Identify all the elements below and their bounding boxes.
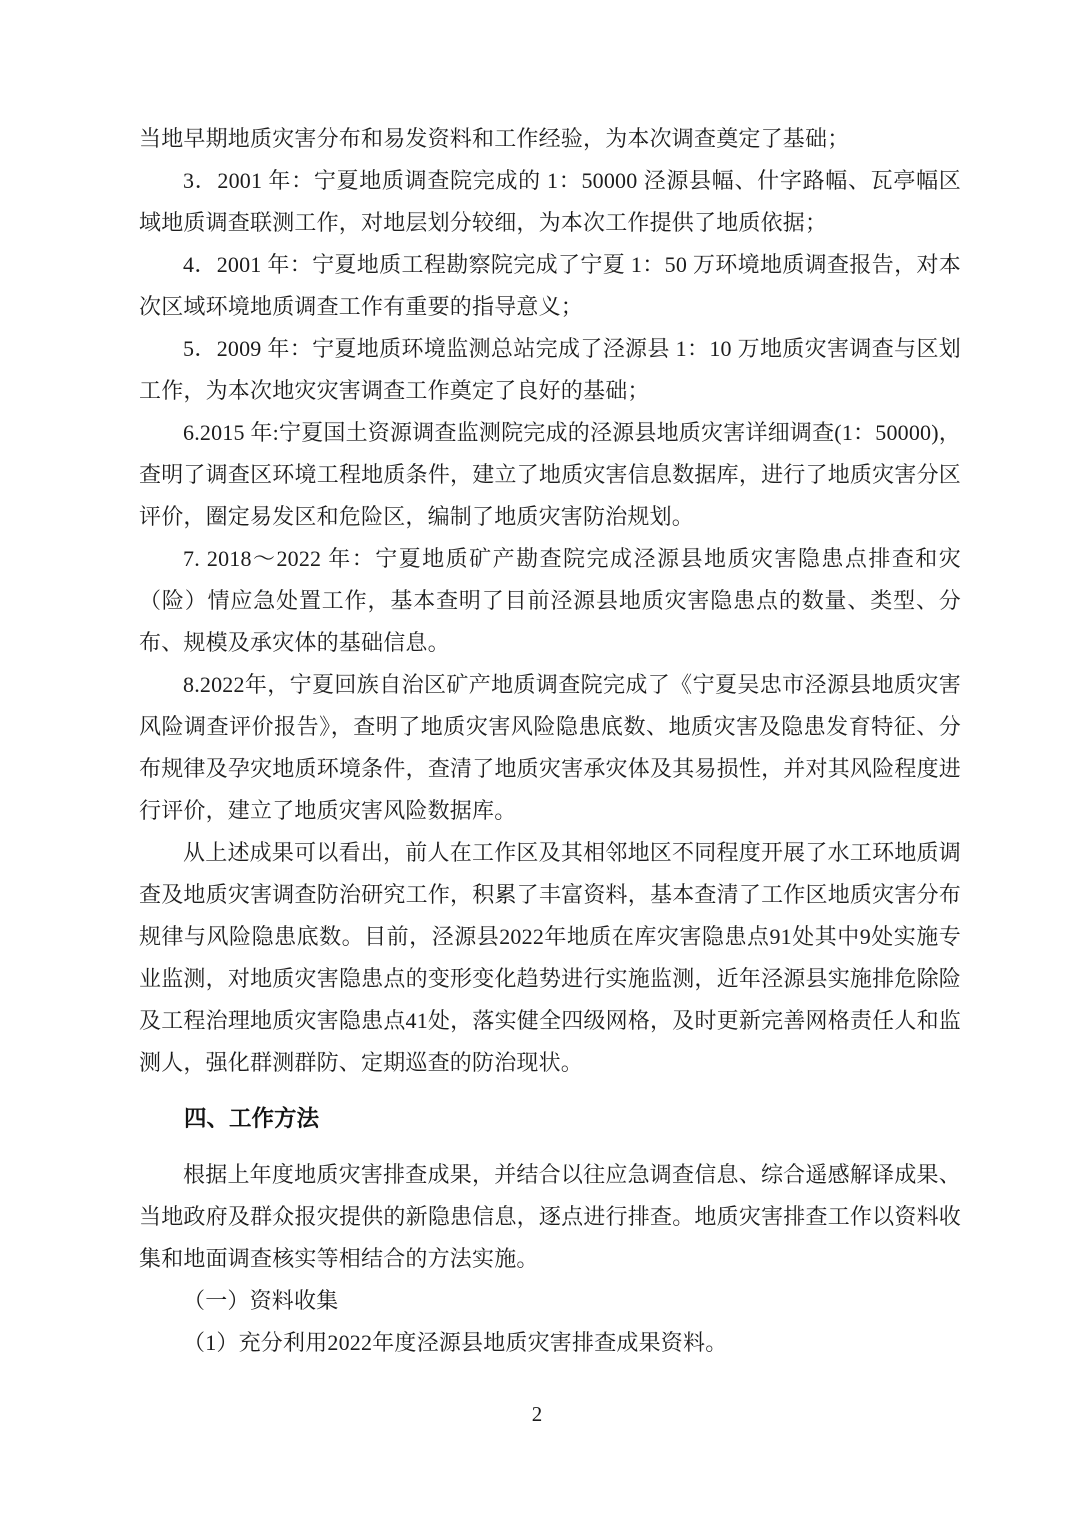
paragraph: （一）资料收集 bbox=[139, 1280, 961, 1322]
paragraph: 当地早期地质灾害分布和易发资料和工作经验，为本次调查奠定了基础； bbox=[139, 118, 961, 160]
document-body: 当地早期地质灾害分布和易发资料和工作经验，为本次调查奠定了基础；3．2001 年… bbox=[139, 118, 961, 1364]
paragraph: 6.2015 年:宁夏国土资源调查监测院完成的泾源县地质灾害详细调查(1：500… bbox=[139, 412, 961, 538]
paragraph: （1）充分利用2022年度泾源县地质灾害排查成果资料。 bbox=[139, 1322, 961, 1364]
paragraph: 7. 2018～2022 年：宁夏地质矿产勘查院完成泾源县地质灾害隐患点排查和灾… bbox=[139, 538, 961, 664]
paragraph: 根据上年度地质灾害排查成果，并结合以往应急调查信息、综合遥感解译成果、当地政府及… bbox=[139, 1154, 961, 1280]
paragraph: 8.2022年，宁夏回族自治区矿产地质调查院完成了《宁夏吴忠市泾源县地质灾害风险… bbox=[139, 664, 961, 832]
paragraph: 5．2009 年：宁夏地质环境监测总站完成了泾源县 1：10 万地质灾害调查与区… bbox=[139, 328, 961, 412]
page-number: 2 bbox=[0, 1400, 1074, 1428]
section-heading: 四、工作方法 bbox=[139, 1098, 961, 1140]
document-page: 当地早期地质灾害分布和易发资料和工作经验，为本次调查奠定了基础；3．2001 年… bbox=[0, 0, 1074, 1520]
paragraph: 3．2001 年：宁夏地质调查院完成的 1：50000 泾源县幅、什字路幅、瓦亭… bbox=[139, 160, 961, 244]
paragraph: 4．2001 年：宁夏地质工程勘察院完成了宁夏 1：50 万环境地质调查报告，对… bbox=[139, 244, 961, 328]
paragraph: 从上述成果可以看出，前人在工作区及其相邻地区不同程度开展了水工环地质调查及地质灾… bbox=[139, 832, 961, 1084]
